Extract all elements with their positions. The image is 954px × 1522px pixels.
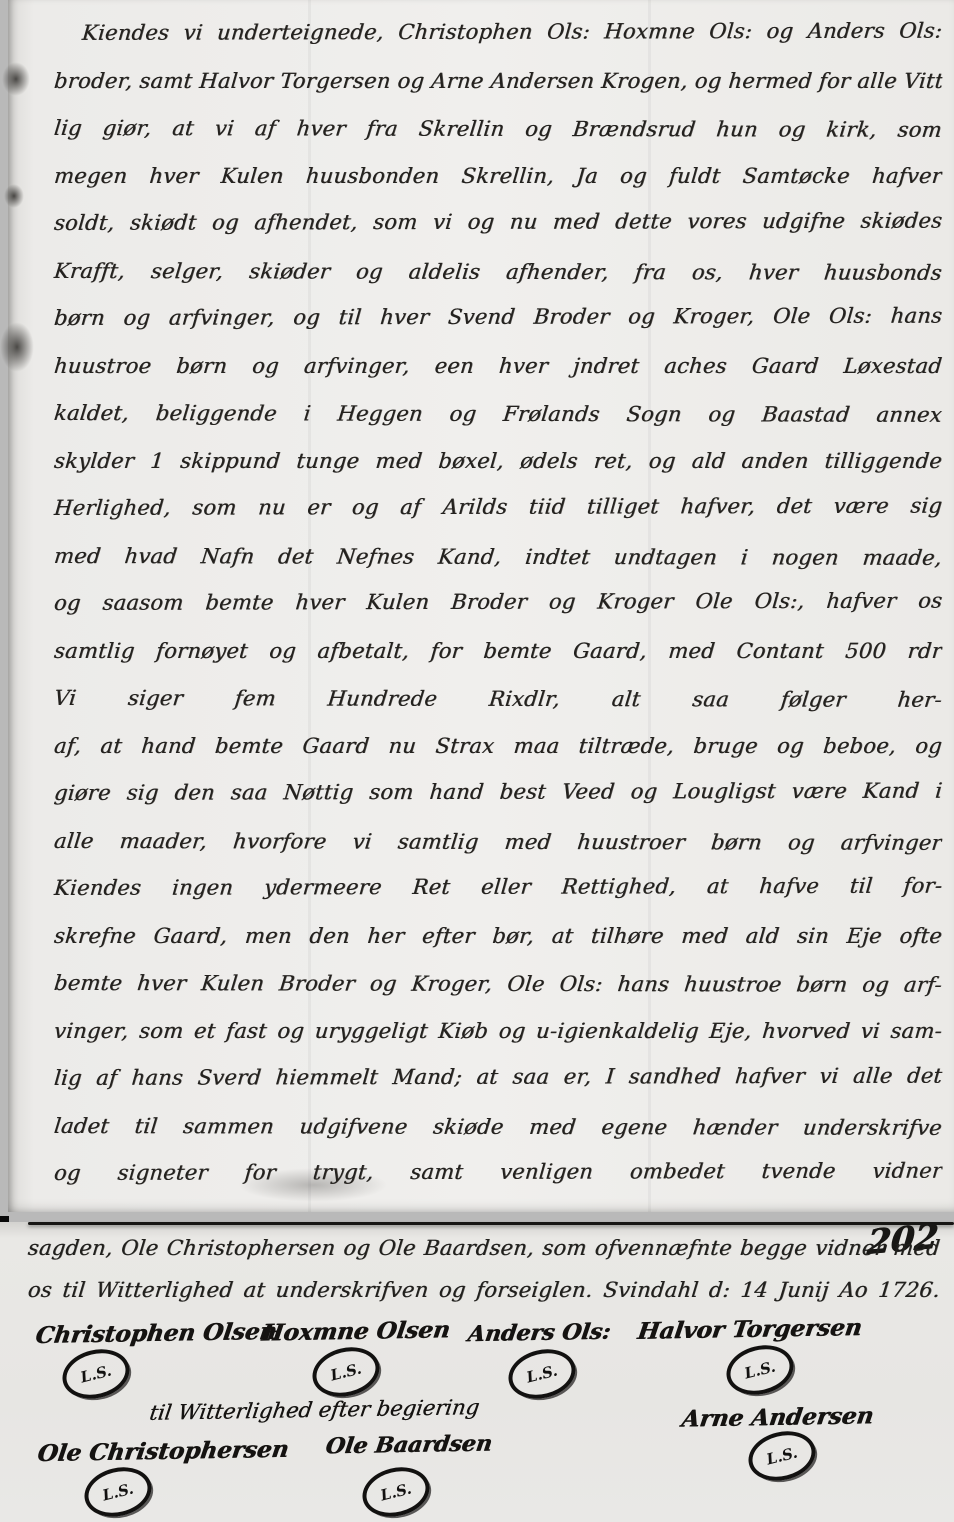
manuscript-line: samtlig fornøyet og afbetalt, for bemte … [52, 628, 944, 676]
witness-note: til Witterlighed efter begiering [148, 1395, 481, 1425]
manuscript-line: Kiendes vi underteignede, Christophen Ol… [52, 8, 944, 58]
manuscript-line: giøre sig den saa Nøttig som hand best V… [52, 768, 944, 818]
ink-smudge [4, 184, 24, 208]
manuscript-line: skrefne Gaard, men den her efter bør, at… [52, 913, 944, 961]
manuscript-line: Vi siger fem Hundrede Rixdlr, alt saa fø… [51, 675, 944, 724]
manuscript-line: ladet til sammen udgifvene skiøde med eg… [51, 1103, 944, 1152]
signature-ole-baardsen: Ole Baardsen [324, 1431, 494, 1460]
ink-smudge [2, 62, 30, 96]
signature-halvor-torgersen: Halvor Torgersen [636, 1314, 864, 1345]
page-edge-shadow [28, 1222, 954, 1225]
manuscript-line: lig af hans Sverd hiemmelt Mand; at saa … [52, 1053, 944, 1103]
manuscript-line: og saasom bemte hver Kulen Broder og Kro… [52, 578, 944, 628]
wax-seal-icon: L.S. [743, 1424, 821, 1487]
manuscript-line: huustroe børn og arfvinger, een hver jnd… [52, 343, 944, 391]
signature-christophen-olsen: Christophen Olsen [34, 1318, 278, 1349]
manuscript-line: af, at hand bemte Gaard nu Strax maa til… [52, 723, 944, 771]
manuscript-page-main: Kiendes vi underteignede, Christophen Ol… [8, 0, 954, 1212]
manuscript-line: lig giør, at vi af hver fra Skrellin og … [51, 105, 944, 154]
manuscript-line: broder, samt Halvor Torgersen og Arne An… [52, 58, 944, 106]
ink-smudge [0, 322, 34, 372]
manuscript-line: vinger, som et fast og uryggeligt Kiøb o… [52, 1008, 944, 1056]
manuscript-line: soldt, skiødt og afhendet, som vi og nu … [52, 198, 944, 248]
signature-hoxmne-olsen: Hoxmne Olsen [260, 1316, 452, 1346]
manuscript-line: Kiendes ingen ydermeere Ret eller Rettig… [52, 863, 944, 913]
wax-seal-icon: L.S. [79, 1460, 157, 1522]
manuscript-line: og signeter for trygt, samt venligen omb… [52, 1148, 944, 1198]
manuscript-line: kaldet, beliggende i Heggen og Frølands … [51, 390, 944, 439]
manuscript-line: Herlighed, som nu er og af Arilds tiid t… [52, 483, 944, 533]
manuscript-text-block: Kiendes vi underteignede, Christophen Ol… [54, 10, 942, 1198]
wax-seal-icon: L.S. [307, 1340, 385, 1403]
wax-seal-icon: L.S. [503, 1342, 581, 1405]
manuscript-line-dateline: os til Witterlighed at underskrifven og … [27, 1278, 942, 1302]
manuscript-line: megen hver Kulen huusbonden Skrellin, Ja… [52, 153, 944, 201]
signature-anders-olsen: Anders Ols: [466, 1319, 612, 1347]
wax-seal-icon: L.S. [57, 1342, 135, 1405]
manuscript-line: skylder 1 skippund tunge med bøxel, ødel… [52, 438, 944, 486]
manuscript-line: med hvad Nafn det Nefnes Kand, indtet un… [51, 533, 944, 582]
manuscript-line: børn og arfvinger, og til hver Svend Bro… [52, 293, 944, 343]
wax-seal-icon: L.S. [721, 1338, 799, 1401]
manuscript-line: alle maader, hvorfore vi samtlig med huu… [51, 818, 944, 867]
wax-seal-icon: L.S. [357, 1460, 435, 1522]
manuscript-page-signatures: 202 sagden, Ole Christophersen og Ole Ba… [0, 1222, 954, 1522]
manuscript-line: Krafft, selger, skiøder og aldelis afhen… [51, 248, 944, 297]
signature-ole-christophersen: Ole Christophersen [36, 1436, 291, 1467]
signature-arne-andersen: Arne Andersen [680, 1402, 875, 1432]
manuscript-line: sagden, Ole Christophersen og Ole Baards… [27, 1236, 942, 1260]
manuscript-line: bemte hver Kulen Broder og Kroger, Ole O… [51, 960, 944, 1009]
